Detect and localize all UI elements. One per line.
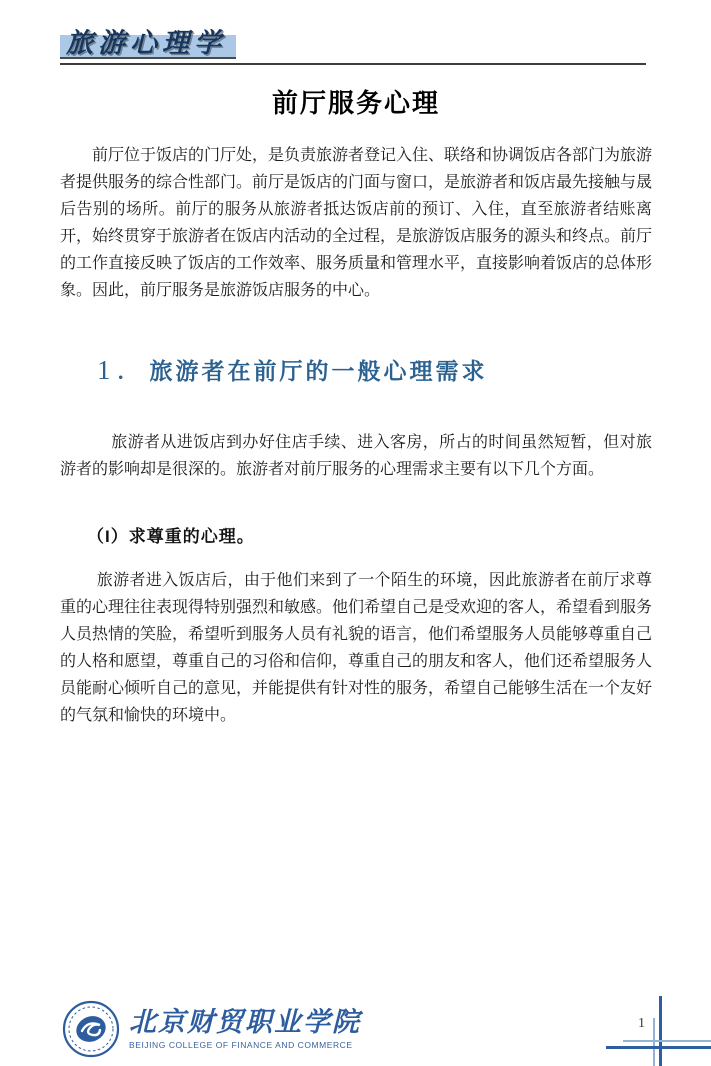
decor-horizontal-line-light <box>623 1040 711 1042</box>
document-page: 旅游心理学 前厅服务心理 前厅位于饭店的门厅处，是负责旅游者登记入住、联络和协调… <box>0 0 711 1066</box>
section-1-title: 旅游者在前厅的一般心理需求 <box>150 358 488 385</box>
college-name-block: 北京财贸职业学院 BEIJING COLLEGE OF FINANCE AND … <box>129 1008 361 1050</box>
page-title: 前厅服务心理 <box>60 86 652 120</box>
section-1-lead-paragraph: 旅游者从进饭店到办好住店手续、进入客房，所占的时间虽然短暂，但对旅游者的影响却是… <box>60 429 652 483</box>
page-content: 旅游心理学 前厅服务心理 前厅位于饭店的门厅处，是负责旅游者登记入住、联络和协调… <box>0 35 711 729</box>
header-rule <box>60 63 646 65</box>
subsection-1-heading: （I）求尊重的心理。 <box>60 525 652 549</box>
book-brand-title: 旅游心理学 <box>66 29 226 59</box>
subsection-1-body-paragraph: 旅游者进入饭店后，由于他们来到了一个陌生的环境，因此旅游者在前厅求尊重的心理往往… <box>60 567 652 729</box>
header-band: 旅游心理学 <box>60 35 236 59</box>
page-number: 1 <box>638 1016 645 1032</box>
college-name-english: BEIJING COLLEGE OF FINANCE AND COMMERCE <box>129 1040 361 1050</box>
decor-vertical-line-dark <box>659 996 662 1066</box>
section-1-number: 1． <box>97 355 150 385</box>
college-logo: 北京财贸职业学院 BEIJING COLLEGE OF FINANCE AND … <box>62 1000 361 1058</box>
college-seal-icon <box>62 1000 120 1058</box>
decor-horizontal-line-dark <box>606 1046 711 1049</box>
intro-paragraph: 前厅位于饭店的门厅处，是负责旅游者登记入住、联络和协调饭店各部门为旅游者提供服务… <box>60 142 652 304</box>
college-name-chinese: 北京财贸职业学院 <box>129 1008 361 1038</box>
decor-vertical-line-light <box>653 1018 655 1066</box>
section-1-heading: 1．旅游者在前厅的一般心理需求 <box>60 354 652 388</box>
